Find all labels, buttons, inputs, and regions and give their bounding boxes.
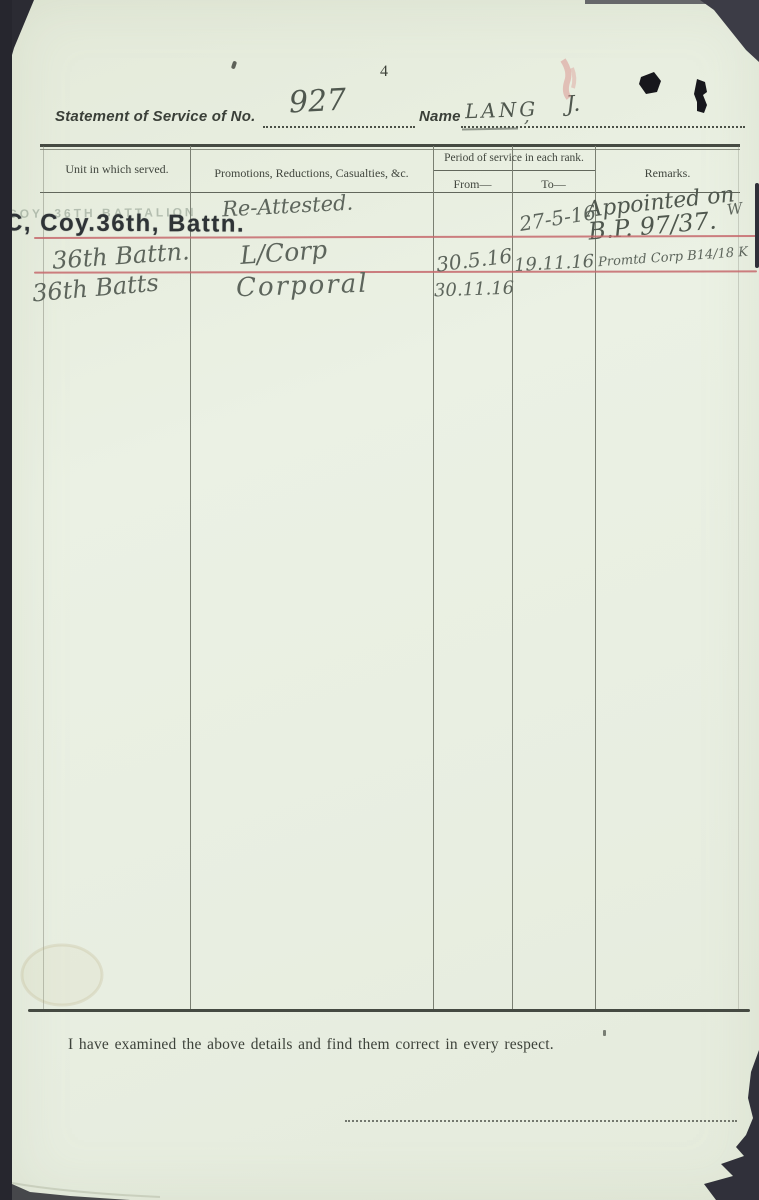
- initial-value: J.: [565, 92, 581, 118]
- column-divider-4: [595, 146, 596, 1012]
- certification-text: I have examined the above details and fi…: [68, 1036, 554, 1054]
- promotions-entry-2: L/Corp: [239, 235, 328, 270]
- from-date-3: 30.11.16: [434, 278, 515, 302]
- margin-mark: W: [726, 199, 744, 219]
- name-separator: ,: [524, 106, 530, 127]
- statement-of-service-label: Statement of Service of No.: [55, 108, 255, 125]
- page-number: 4: [380, 63, 388, 81]
- column-divider-2: [433, 146, 434, 1012]
- unit-stamp: C, Coy.36th, Battn.: [5, 209, 245, 238]
- column-divider-3: [512, 146, 513, 1012]
- promotions-entry-3: Corporal: [236, 269, 369, 304]
- service-number-value: 927: [288, 83, 347, 121]
- period-subheader-rule: [433, 170, 595, 171]
- column-divider-1: [190, 146, 191, 1012]
- table-bottom-rule: [28, 1009, 750, 1012]
- column-divider-left: [43, 146, 44, 1012]
- header-remarks: Remarks.: [595, 166, 740, 181]
- signature-dotted-line: [345, 1104, 737, 1122]
- header-period: Period of service in each rank.: [433, 152, 595, 164]
- column-divider-right: [738, 146, 739, 1012]
- left-edge-strip: [0, 0, 12, 1200]
- header-to: To—: [512, 177, 595, 192]
- header-from: From—: [433, 177, 512, 192]
- name-label: Name: [419, 108, 461, 125]
- header-promotions: Promotions, Reductions, Casualties, &c.: [190, 166, 433, 181]
- header-unit: Unit in which served.: [44, 162, 190, 177]
- table-top-rule: [40, 144, 740, 150]
- to-date-2: 19.11.16: [514, 251, 595, 276]
- footer-speck: [603, 1030, 606, 1036]
